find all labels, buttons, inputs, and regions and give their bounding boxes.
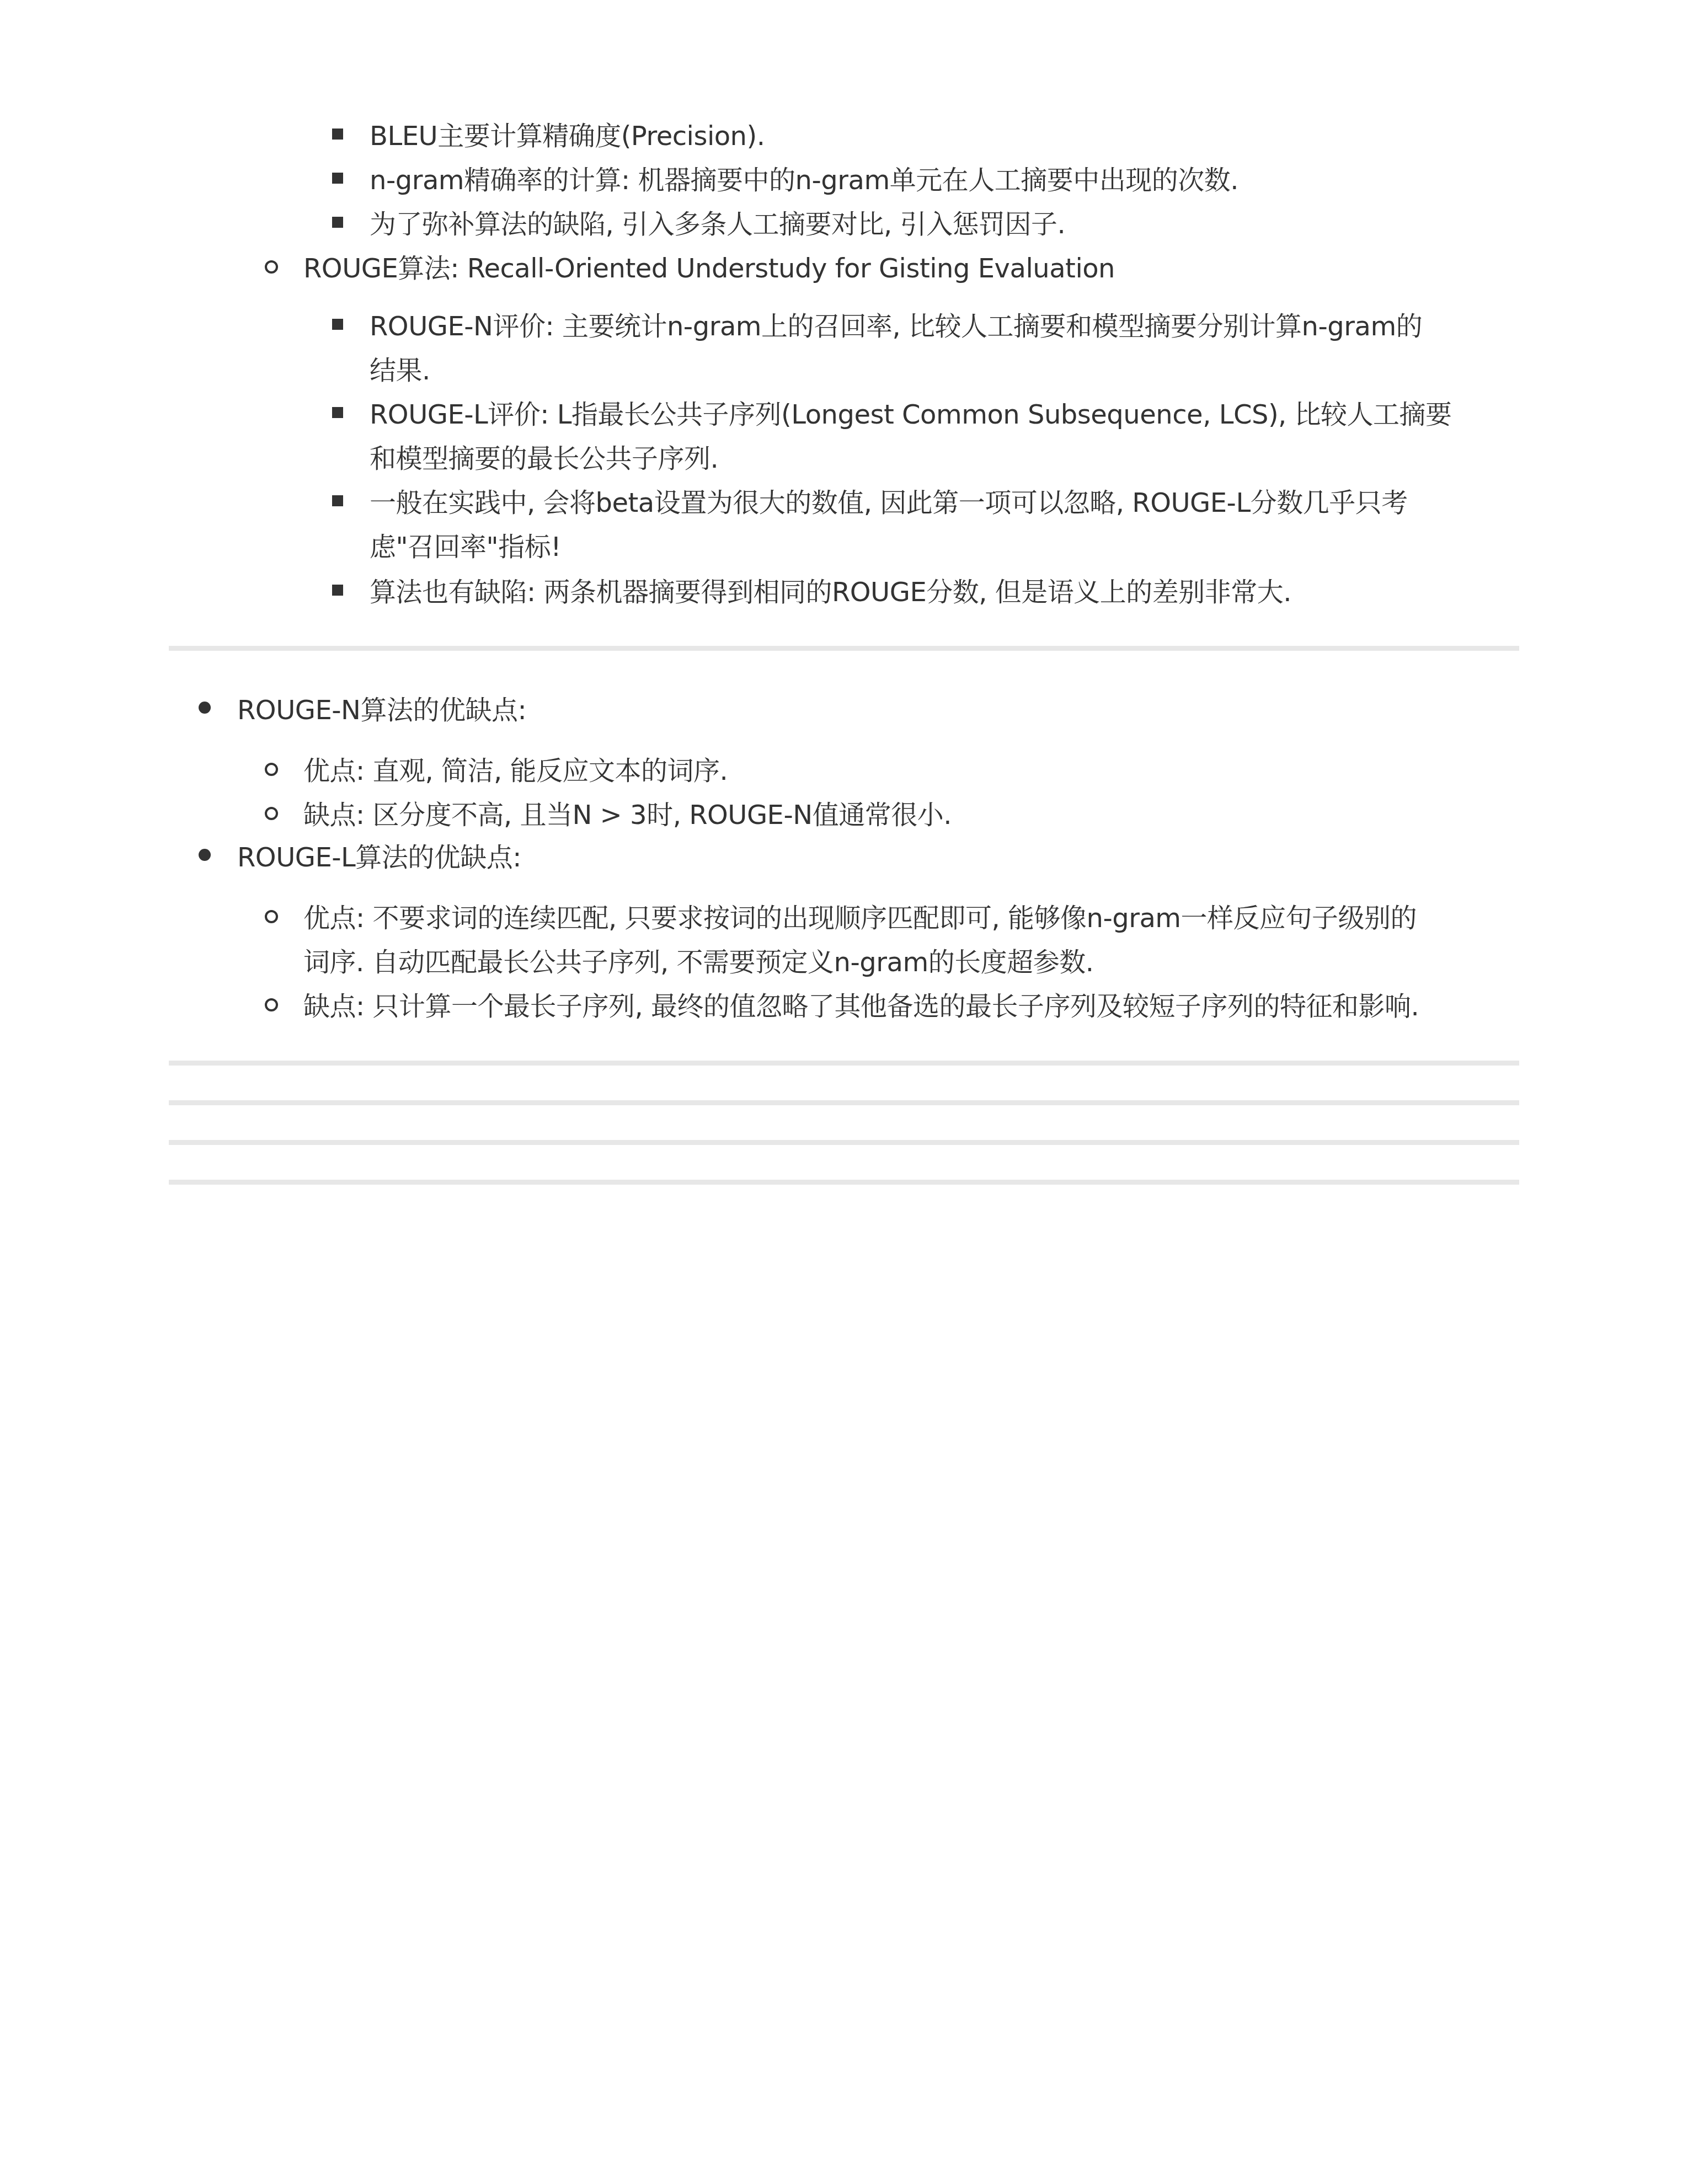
disc-bullet-icon: [199, 849, 211, 861]
list-item-beta-note: 一般在实践中, 会将beta设置为很大的数值, 因此第一项可以忽略, ROUGE…: [370, 481, 1408, 525]
horizontal-rule: [169, 1061, 1519, 1066]
square-bullet-icon: [332, 407, 343, 418]
horizontal-rule: [169, 1140, 1519, 1145]
list-item-rouge-n: ROUGE-N评价: 主要统计n-gram上的召回率, 比较人工摘要和模型摘要分…: [370, 304, 1422, 349]
list-item-beta-note-wrap: 虑"召回率"指标!: [370, 525, 561, 569]
circle-bullet-icon: [265, 260, 278, 274]
horizontal-rule: [169, 646, 1519, 651]
square-bullet-icon: [332, 319, 343, 330]
square-bullet-icon: [332, 217, 343, 228]
circle-bullet-icon: [265, 807, 278, 820]
square-bullet-icon: [332, 585, 343, 596]
disc-bullet-icon: [199, 702, 211, 714]
rouge-n-cons: 缺点: 区分度不高, 且当N > 3时, ROUGE-N值通常很小.: [303, 793, 952, 837]
horizontal-rule: [169, 1180, 1519, 1185]
rouge-l-pros: 优点: 不要求词的连续匹配, 只要求按词的出现顺序匹配即可, 能够像n-gram…: [303, 896, 1417, 940]
circle-bullet-icon: [265, 910, 278, 923]
list-item-bleu-precision: BLEU主要计算精确度(Precision).: [370, 114, 765, 158]
list-item-ngram-precision: n-gram精确率的计算: 机器摘要中的n-gram单元在人工摘要中出现的次数.: [370, 158, 1238, 202]
circle-bullet-icon: [265, 998, 278, 1011]
rouge-l-pros-wrap: 词序. 自动匹配最长公共子序列, 不需要预定义n-gram的长度超参数.: [303, 940, 1093, 984]
circle-bullet-icon: [265, 763, 278, 776]
rouge-n-pros: 优点: 直观, 简洁, 能反应文本的词序.: [303, 749, 728, 793]
list-item-rouge-l-wrap: 和模型摘要的最长公共子序列.: [370, 437, 718, 481]
rouge-l-heading: ROUGE-L算法的优缺点:: [237, 836, 521, 880]
horizontal-rule: [169, 1100, 1519, 1105]
rouge-l-cons: 缺点: 只计算一个最长子序列, 最终的值忽略了其他备选的最长子序列及较短子序列的…: [303, 984, 1419, 1029]
list-item-rouge-n-wrap: 结果.: [370, 349, 430, 393]
rouge-n-heading: ROUGE-N算法的优缺点:: [237, 688, 526, 732]
square-bullet-icon: [332, 495, 343, 506]
list-item-rouge-l: ROUGE-L评价: L指最长公共子序列(Longest Common Subs…: [370, 393, 1452, 437]
rouge-heading: ROUGE算法: Recall-Oriented Understudy for …: [303, 247, 1115, 291]
square-bullet-icon: [332, 129, 343, 140]
document-page: BLEU主要计算精确度(Precision). n-gram精确率的计算: 机器…: [0, 0, 1688, 2184]
square-bullet-icon: [332, 173, 343, 184]
list-item-rouge-drawback: 算法也有缺陷: 两条机器摘要得到相同的ROUGE分数, 但是语义上的差别非常大.: [370, 570, 1291, 614]
list-item-bleu-penalty: 为了弥补算法的缺陷, 引入多条人工摘要对比, 引入惩罚因子.: [370, 202, 1065, 247]
